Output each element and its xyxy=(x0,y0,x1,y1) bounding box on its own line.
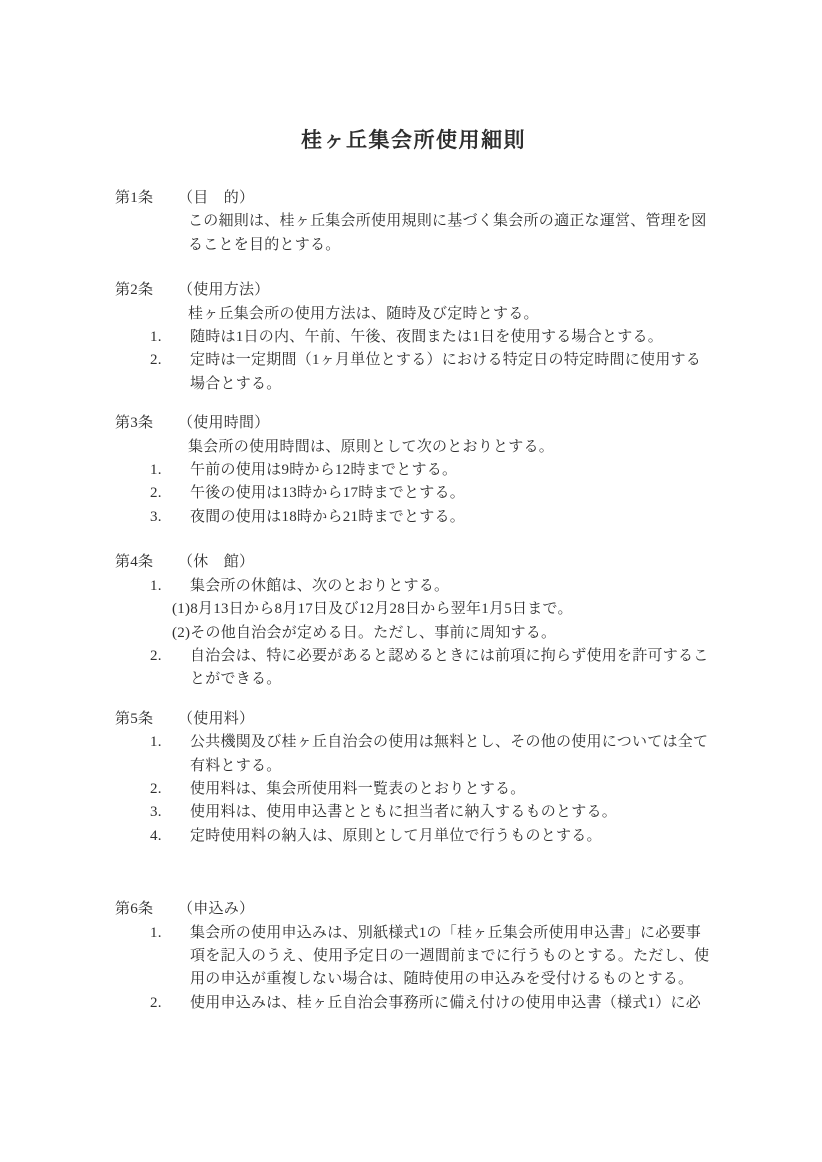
item-row: 1.集会所の休館は、次のとおりとする。 xyxy=(150,575,712,598)
item-number: 2. xyxy=(150,778,190,801)
item-text: 使用料は、集会所使用料一覧表のとおりとする。 xyxy=(190,778,526,801)
article-title: （使用方法） xyxy=(178,279,270,302)
item-number: 1. xyxy=(150,459,190,482)
item-number: 1. xyxy=(150,575,190,598)
article: 第4条（休 館）1.集会所の休館は、次のとおりとする。(1)8月13日から8月1… xyxy=(115,551,712,691)
article-heading: 第6条（申込み） xyxy=(115,898,712,921)
item-row: 1.午前の使用は9時から12時までとする。 xyxy=(150,459,712,482)
item-number: 1. xyxy=(150,326,190,349)
item-row: 1.集会所の使用申込みは、別紙様式1の「桂ヶ丘集会所使用申込書」に必要事項を記入… xyxy=(150,922,712,992)
subitem-text: その他自治会が定める日。ただし、事前に周知する。 xyxy=(190,622,556,645)
item-text: 使用申込みは、桂ヶ丘自治会事務所に備え付けの使用申込書（様式1）に必 xyxy=(190,992,701,1015)
article: 第2条（使用方法）桂ヶ丘集会所の使用方法は、随時及び定時とする。1.随時は1日の… xyxy=(115,279,712,396)
item-row: 3.夜間の使用は18時から21時までとする。 xyxy=(150,506,712,529)
item-row: 1.公共機関及び桂ヶ丘自治会の使用は無料とし、その他の使用については全て有料とす… xyxy=(150,731,712,778)
article-title: （使用時間） xyxy=(178,412,270,435)
item-row: 3.使用料は、使用申込書とともに担当者に納入するものとする。 xyxy=(150,801,712,824)
article-number: 第2条 xyxy=(115,279,178,302)
item-text: 午後の使用は13時から17時までとする。 xyxy=(190,482,465,505)
article-number: 第5条 xyxy=(115,708,178,731)
item-text: 自治会は、特に必要があると認めるときには前項に拘らず使用を許可することができる。 xyxy=(190,645,710,692)
article-number: 第6条 xyxy=(115,898,178,921)
article-intro-text: この細則は、桂ヶ丘集会所使用規則に基づく集会所の適正な運営、管理を図ることを目的… xyxy=(188,210,708,257)
item-text: 集会所の休館は、次のとおりとする。 xyxy=(190,575,449,598)
item-row: 2.使用料は、集会所使用料一覧表のとおりとする。 xyxy=(150,778,712,801)
item-number: 2. xyxy=(150,349,190,396)
article-heading: 第4条（休 館） xyxy=(115,551,712,574)
article-intro-text: 桂ヶ丘集会所の使用方法は、随時及び定時とする。 xyxy=(188,303,708,326)
article-number: 第1条 xyxy=(115,187,178,210)
item-text: 夜間の使用は18時から21時までとする。 xyxy=(190,506,465,529)
article-heading: 第5条（使用料） xyxy=(115,708,712,731)
item-text: 午前の使用は9時から12時までとする。 xyxy=(190,459,457,482)
item-number: 1. xyxy=(150,922,190,992)
item-row: 2.自治会は、特に必要があると認めるときには前項に拘らず使用を許可することができ… xyxy=(150,645,712,692)
item-number: 2. xyxy=(150,482,190,505)
subitem-row: (2)その他自治会が定める日。ただし、事前に周知する。 xyxy=(172,622,712,645)
article-title: （目 的） xyxy=(178,187,254,210)
subitem-number: (2) xyxy=(172,622,190,645)
item-text: 定時は一定期間（1ヶ月単位とする）における特定日の特定時間に使用する場合とする。 xyxy=(190,349,710,396)
item-number: 3. xyxy=(150,801,190,824)
article-heading: 第3条（使用時間） xyxy=(115,412,712,435)
article-heading: 第2条（使用方法） xyxy=(115,279,712,302)
page: 桂ヶ丘集会所使用細則 第1条（目 的）この細則は、桂ヶ丘集会所使用規則に基づく集… xyxy=(0,0,822,1162)
item-number: 2. xyxy=(150,992,190,1015)
item-text: 公共機関及び桂ヶ丘自治会の使用は無料とし、その他の使用については全て有料とする。 xyxy=(190,731,710,778)
article-title: （申込み） xyxy=(178,898,254,921)
document-body: 第1条（目 的）この細則は、桂ヶ丘集会所使用規則に基づく集会所の適正な運営、管理… xyxy=(115,187,712,1015)
item-number: 3. xyxy=(150,506,190,529)
item-text: 定時使用料の納入は、原則として月単位で行うものとする。 xyxy=(190,825,602,848)
item-number: 2. xyxy=(150,645,190,692)
article-intro-text: 集会所の使用時間は、原則として次のとおりとする。 xyxy=(188,436,708,459)
item-text: 集会所の使用申込みは、別紙様式1の「桂ヶ丘集会所使用申込書」に必要事項を記入のう… xyxy=(190,922,710,992)
item-number: 1. xyxy=(150,731,190,778)
item-text: 使用料は、使用申込書とともに担当者に納入するものとする。 xyxy=(190,801,617,824)
item-row: 4.定時使用料の納入は、原則として月単位で行うものとする。 xyxy=(150,825,712,848)
item-row: 2.定時は一定期間（1ヶ月単位とする）における特定日の特定時間に使用する場合とす… xyxy=(150,349,712,396)
article-title: （使用料） xyxy=(178,708,254,731)
document-title: 桂ヶ丘集会所使用細則 xyxy=(115,125,712,155)
item-number: 4. xyxy=(150,825,190,848)
article: 第5条（使用料）1.公共機関及び桂ヶ丘自治会の使用は無料とし、その他の使用につい… xyxy=(115,708,712,848)
subitem-number: (1) xyxy=(172,598,190,621)
article-number: 第3条 xyxy=(115,412,178,435)
item-text: 随時は1日の内、午前、午後、夜間または1日を使用する場合とする。 xyxy=(190,326,663,349)
subitem-text: 8月13日から8月17日及び12月28日から翌年1月5日まで。 xyxy=(190,598,572,621)
article-number: 第4条 xyxy=(115,551,178,574)
item-row: 1.随時は1日の内、午前、午後、夜間または1日を使用する場合とする。 xyxy=(150,326,712,349)
article: 第6条（申込み）1.集会所の使用申込みは、別紙様式1の「桂ヶ丘集会所使用申込書」… xyxy=(115,898,712,1015)
article: 第1条（目 的）この細則は、桂ヶ丘集会所使用規則に基づく集会所の適正な運営、管理… xyxy=(115,187,712,257)
article: 第3条（使用時間）集会所の使用時間は、原則として次のとおりとする。1.午前の使用… xyxy=(115,412,712,529)
subitem-row: (1)8月13日から8月17日及び12月28日から翌年1月5日まで。 xyxy=(172,598,712,621)
item-row: 2.使用申込みは、桂ヶ丘自治会事務所に備え付けの使用申込書（様式1）に必 xyxy=(150,992,712,1015)
article-heading: 第1条（目 的） xyxy=(115,187,712,210)
item-row: 2.午後の使用は13時から17時までとする。 xyxy=(150,482,712,505)
article-title: （休 館） xyxy=(178,551,254,574)
